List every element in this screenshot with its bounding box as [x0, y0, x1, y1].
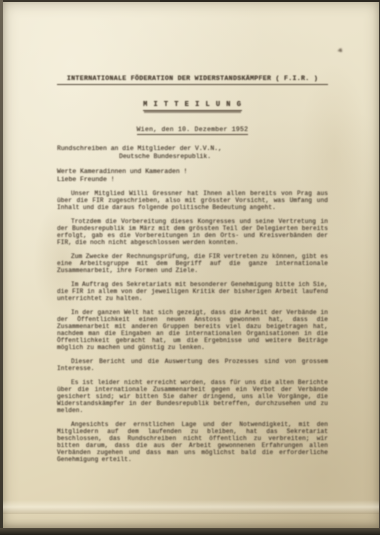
address-block: Rundschreiben an die Mitglieder der V.V.…: [57, 145, 328, 160]
letterhead-organization: INTERNATIONALE FÖDERATION DER WIDERSTAND…: [57, 75, 328, 85]
place-and-date: Wien, den 10. Dezember 1952: [137, 126, 249, 135]
address-line: Deutsche Bundesrepublik.: [57, 153, 328, 161]
dateline-row: Wien, den 10. Dezember 1952: [57, 118, 328, 136]
scan-edge-bottom: [0, 528, 380, 535]
page-number-mark: 4: [338, 48, 342, 54]
salutation-block: Werte Kameradinnen und Kameraden ! Liebe…: [57, 168, 328, 183]
paragraph: Im Auftrag des Sekretariats mit besonder…: [57, 281, 328, 302]
letter-paper: 4 INTERNATIONALE FÖDERATION DER WIDERSTA…: [3, 2, 379, 528]
paragraph: Angesichts der ernstlichen Lage und der …: [57, 421, 328, 463]
salutation-line: Liebe Freunde !: [57, 176, 328, 184]
paragraph: Unser Mitglied Willi Gressner hat Ihnen …: [57, 190, 328, 211]
paragraph: Zum Zwecke der Rechnungsprüfung, die FIR…: [57, 253, 328, 274]
paragraph: In der ganzen Welt hat sich gezeigt, das…: [57, 309, 328, 351]
salutation-line: Werte Kameradinnen und Kameraden !: [57, 168, 328, 176]
address-line: Rundschreiben an die Mitglieder der V.V.…: [57, 145, 328, 153]
paragraph: Dieser Bericht und die Auswertung des Pr…: [57, 358, 328, 372]
typed-content: 4 INTERNATIONALE FÖDERATION DER WIDERSTA…: [57, 2, 328, 463]
paragraph: Es ist leider nicht erreicht worden, das…: [57, 379, 328, 414]
letter-body: Unser Mitglied Willi Gressner hat Ihnen …: [57, 190, 328, 463]
scan-edge-left: [0, 0, 3, 535]
scanned-letter-photo: 4 INTERNATIONALE FÖDERATION DER WIDERSTA…: [0, 0, 380, 535]
paragraph: Trotzdem die Vorbereitung dieses Kongres…: [57, 218, 328, 246]
title-row: M I T T E I L U N G: [57, 93, 328, 111]
document-title: M I T T E I L U N G: [143, 101, 242, 111]
